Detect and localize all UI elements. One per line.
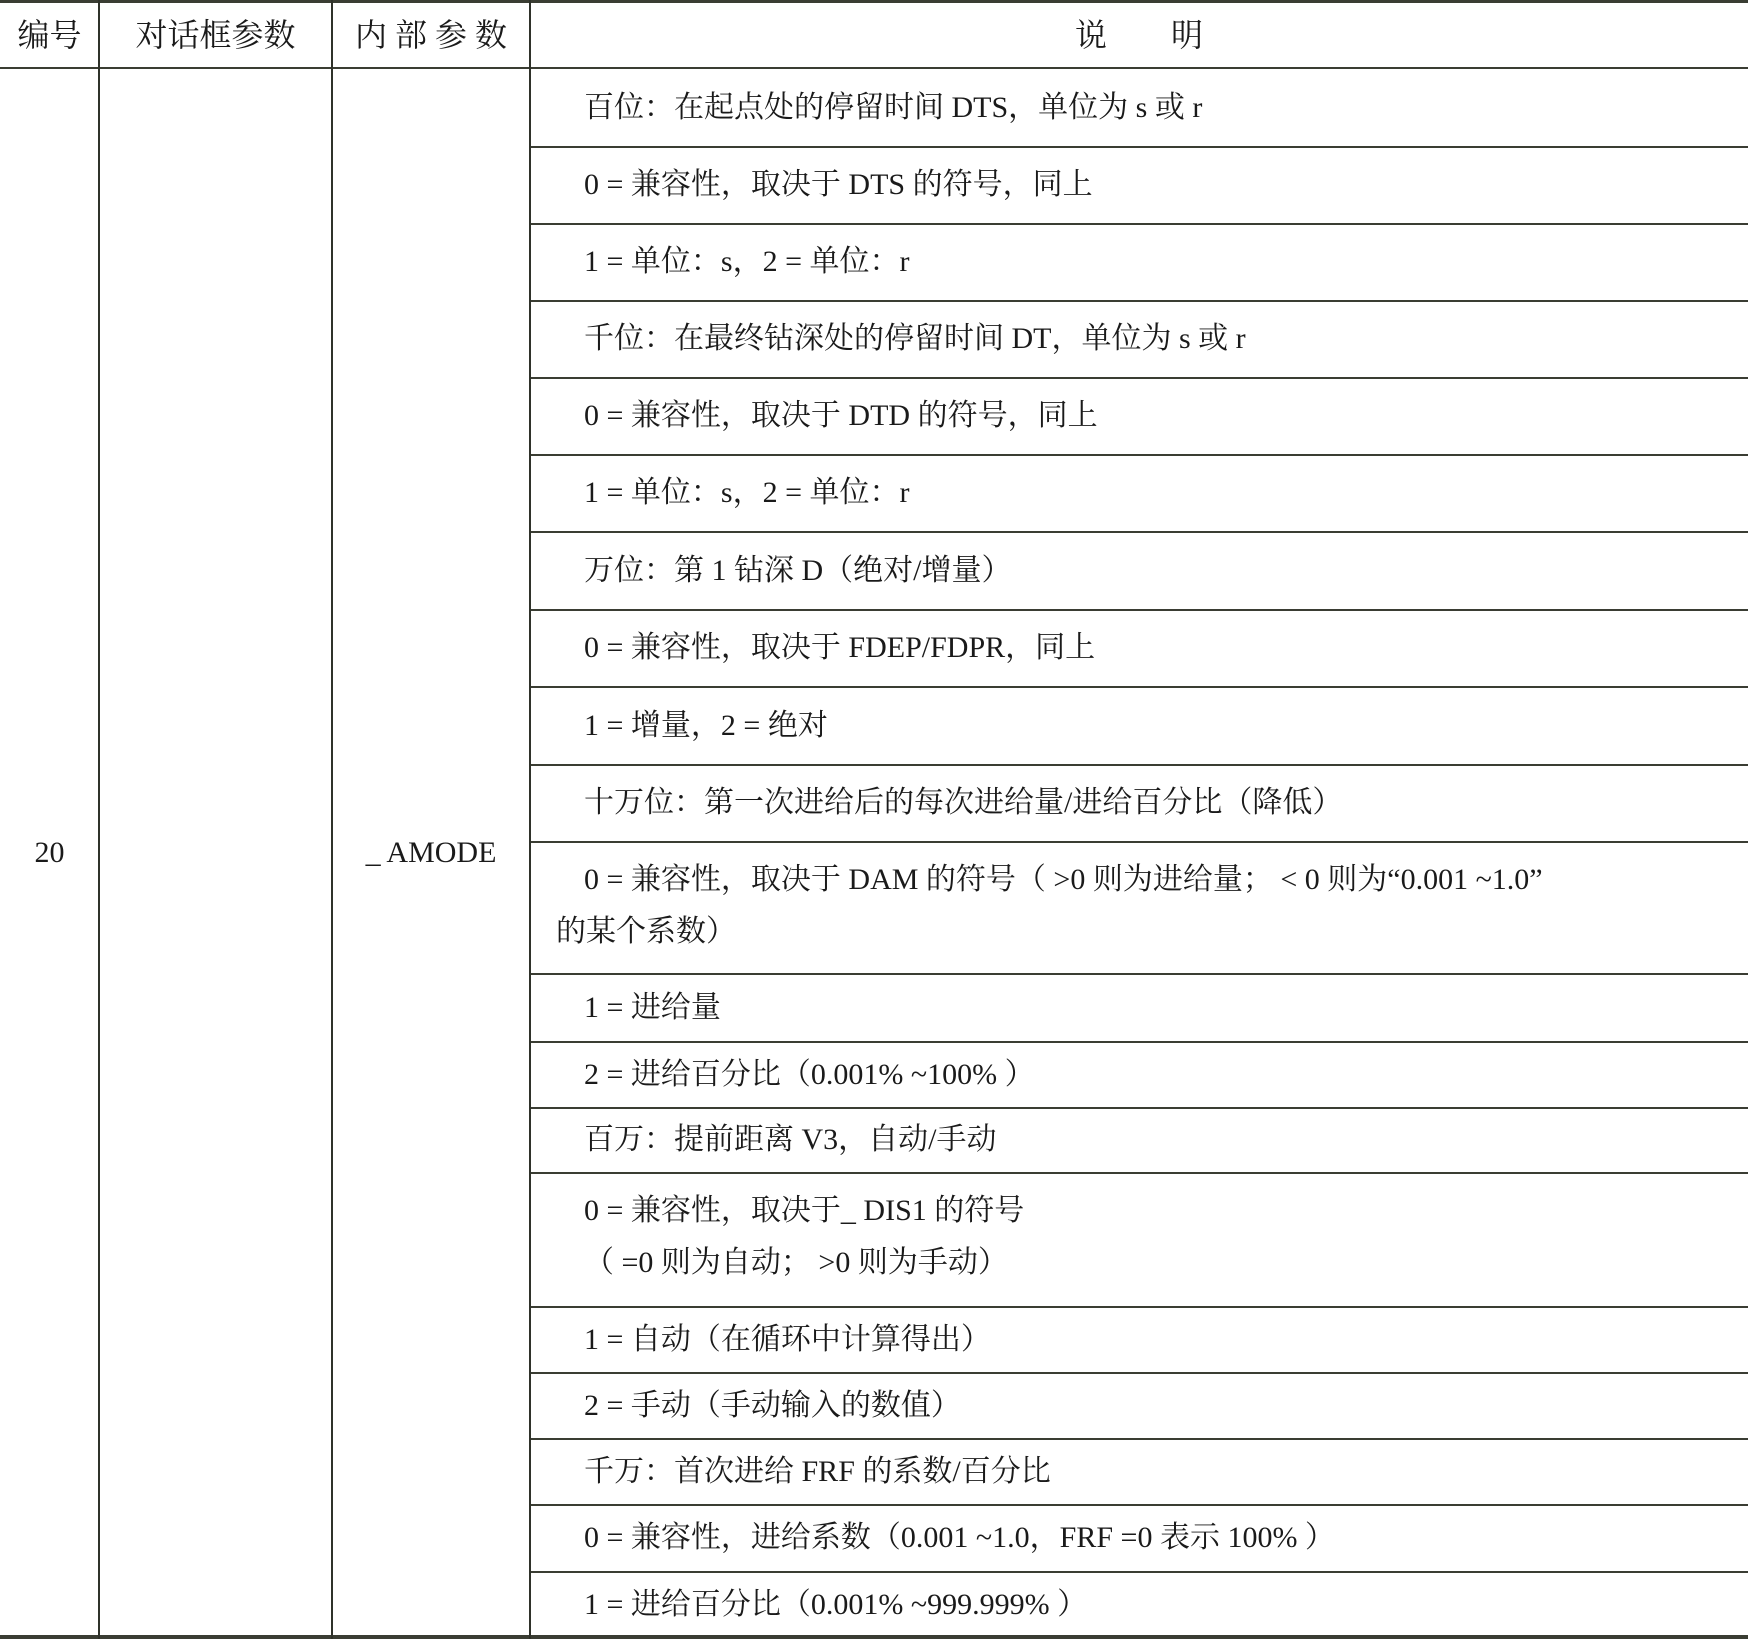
description-row: 千位：在最终钻深处的停留时间 DT，单位为 s 或 r xyxy=(532,301,1748,377)
description-line: 0 = 兼容性，取决于 DAM 的符号（ >0 则为进给量； < 0 则为“0.… xyxy=(584,854,1748,906)
row-divider xyxy=(530,1172,1748,1174)
column-divider xyxy=(98,0,100,1639)
description-row: 2 = 进给百分比（0.001% ~100% ） xyxy=(532,1042,1748,1107)
column-divider xyxy=(529,0,531,1639)
description-row: 万位：第 1 钻深 D（绝对/增量） xyxy=(532,532,1748,609)
row-divider xyxy=(530,764,1748,766)
description-row: 0 = 兼容性，取决于 DTS 的符号，同上 xyxy=(532,147,1748,223)
description-row: 2 = 手动（手动输入的数值） xyxy=(532,1373,1748,1438)
header-dialog-param: 对话框参数 xyxy=(99,2,332,68)
description-row: 0 = 兼容性，进给系数（0.001 ~1.0，FRF =0 表示 100% ） xyxy=(532,1505,1748,1571)
row-divider xyxy=(530,1504,1748,1506)
row-divider xyxy=(530,300,1748,302)
description-row: 千万：首次进给 FRF 的系数/百分比 xyxy=(532,1439,1748,1504)
description-row: 0 = 兼容性，取决于 FDEP/FDPR，同上 xyxy=(532,610,1748,686)
header-number: 编号 xyxy=(0,2,99,68)
row-divider xyxy=(530,377,1748,379)
bottom-rule xyxy=(0,1635,1748,1639)
header-rule xyxy=(0,67,1748,69)
row-divider xyxy=(530,973,1748,975)
description-row: 1 = 进给百分比（0.001% ~999.999% ） xyxy=(532,1572,1748,1637)
row-divider xyxy=(530,223,1748,225)
description-row: 1 = 单位：s，2 = 单位：r xyxy=(532,455,1748,531)
row-divider xyxy=(530,841,1748,843)
row-divider xyxy=(530,686,1748,688)
description-line: 0 = 兼容性，取决于_ DIS1 的符号 xyxy=(584,1185,1748,1237)
top-rule xyxy=(0,0,1748,3)
column-divider xyxy=(331,0,333,1639)
row-divider xyxy=(530,609,1748,611)
row-divider xyxy=(530,1041,1748,1043)
row-divider xyxy=(530,1438,1748,1440)
row-divider xyxy=(530,1306,1748,1308)
description-row: 十万位：第一次进给后的每次进给量/进给百分比（降低） xyxy=(532,765,1748,841)
row-divider xyxy=(530,531,1748,533)
description-row: 0 = 兼容性，取决于 DTD 的符号，同上 xyxy=(532,378,1748,454)
row-divider xyxy=(530,454,1748,456)
description-row: 1 = 进给量 xyxy=(532,974,1748,1041)
row-dialog-param xyxy=(99,68,332,1637)
description-row: 0 = 兼容性，取决于 DAM 的符号（ >0 则为进给量； < 0 则为“0.… xyxy=(532,842,1748,973)
description-row: 0 = 兼容性，取决于_ DIS1 的符号（ =0 则为自动； >0 则为手动） xyxy=(532,1173,1748,1306)
row-divider xyxy=(530,1571,1748,1573)
description-row: 1 = 单位：s，2 = 单位：r xyxy=(532,224,1748,300)
description-row: 百位：在起点处的停留时间 DTS，单位为 s 或 r xyxy=(532,69,1748,146)
row-divider xyxy=(530,146,1748,148)
description-row: 百万：提前距离 V3，自动/手动 xyxy=(532,1108,1748,1172)
header-description: 说 明 xyxy=(530,2,1748,68)
row-internal-param: _ AMODE xyxy=(332,68,530,1637)
row-divider xyxy=(530,1372,1748,1374)
description-row: 1 = 自动（在循环中计算得出） xyxy=(532,1307,1748,1372)
description-line: （ =0 则为自动； >0 则为手动） xyxy=(584,1237,1748,1289)
description-row: 1 = 增量，2 = 绝对 xyxy=(532,687,1748,764)
header-internal-param: 内 部 参 数 xyxy=(332,2,530,68)
row-divider xyxy=(530,1107,1748,1109)
description-line: 的某个系数） xyxy=(556,906,1748,958)
row-number: 20 xyxy=(0,68,99,1637)
parameter-table: 编号 对话框参数 内 部 参 数 说 明 20 _ AMODE 百位：在起点处的… xyxy=(0,0,1748,1639)
